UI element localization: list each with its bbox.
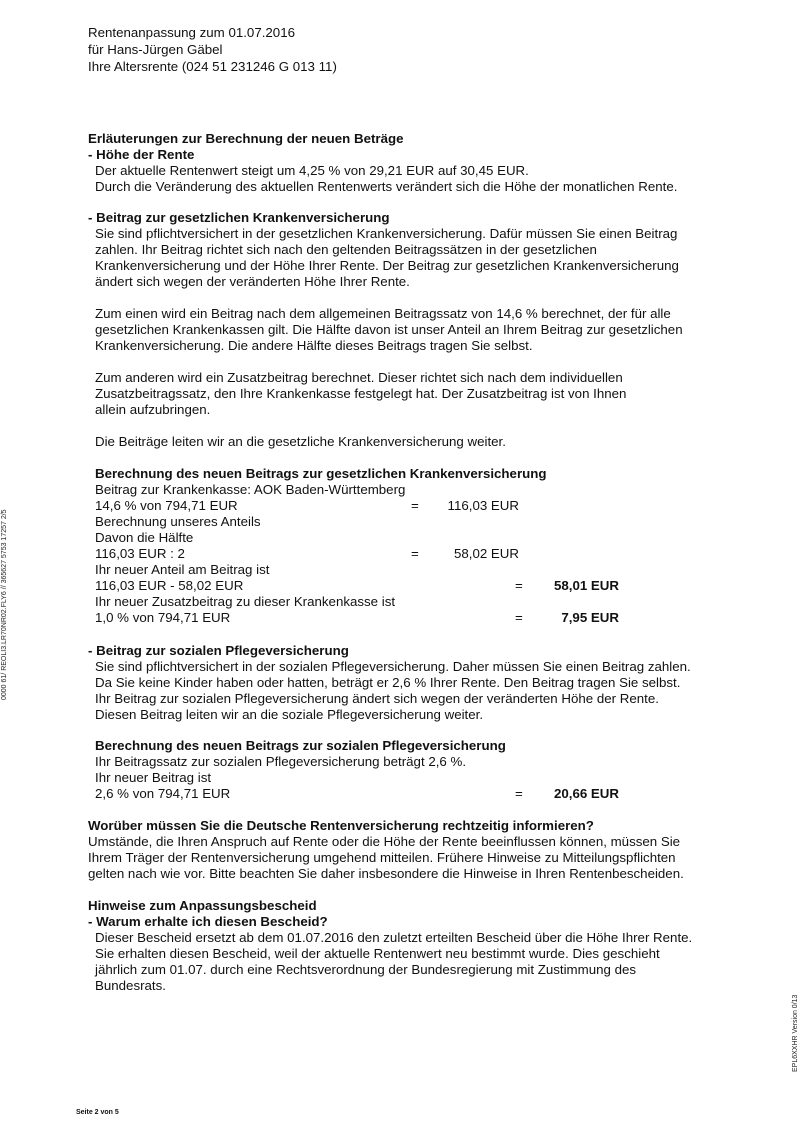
health-insurance-calculation: Berechnung des neuen Beitrags zur gesetz… — [95, 466, 635, 626]
paragraph-line: Diesen Beitrag leiten wir an die soziale… — [88, 707, 691, 723]
section-explanations: Erläuterungen zur Berechnung der neuen B… — [88, 131, 677, 195]
paragraph-line: Zum anderen wird ein Zusatzbeitrag berec… — [88, 370, 683, 386]
calc-line: Davon die Hälfte — [95, 530, 635, 546]
section-title: Hinweise zum Anpassungsbescheid — [88, 898, 692, 914]
calc-row: 14,6 % von 794,71 EUR = 116,03 EUR — [95, 498, 635, 514]
calc-line: Ihr Beitragssatz zur sozialen Pflegevers… — [95, 754, 635, 770]
right-margin-version: EPL6XXHR Version 0/13 — [792, 995, 799, 1072]
paragraph-line: Sie sind pflichtversichert in der sozial… — [88, 659, 691, 675]
page-number: Seite 2 von 5 — [76, 1109, 119, 1116]
calc-title: Berechnung des neuen Beitrags zur gesetz… — [95, 466, 635, 482]
calc-label: 14,6 % von 794,71 EUR — [95, 498, 238, 513]
calc-value: 58,02 EUR — [435, 546, 519, 562]
paragraph-line: Durch die Veränderung des aktuellen Rent… — [88, 179, 677, 195]
section-title: Erläuterungen zur Berechnung der neuen B… — [88, 131, 677, 147]
paragraph-line: Sie sind pflichtversichert in der gesetz… — [88, 226, 683, 242]
paragraph-line: zahlen. Ihr Beitrag richtet sich nach de… — [88, 242, 683, 258]
paragraph-line: allein aufzubringen. — [88, 402, 683, 418]
paragraph-line: Dieser Bescheid ersetzt ab dem 01.07.201… — [88, 930, 692, 946]
equals-sign: = — [515, 610, 523, 626]
calc-row: 2,6 % von 794,71 EUR = 20,66 EUR — [95, 786, 635, 802]
calc-row: 1,0 % von 794,71 EUR = 7,95 EUR — [95, 610, 635, 626]
paragraph-line: gesetzlichen Krankenkassen gilt. Die Häl… — [88, 322, 683, 338]
paragraph-line: Ihrem Träger der Rentenversicherung umge… — [88, 850, 684, 866]
subsection-title: - Warum erhalte ich diesen Bescheid? — [88, 914, 692, 930]
section-title: Worüber müssen Sie die Deutsche Rentenve… — [88, 818, 684, 834]
subsection-title: - Beitrag zur sozialen Pflegeversicherun… — [88, 643, 691, 659]
header-pension-id: Ihre Altersrente (024 51 231246 G 013 11… — [88, 58, 337, 75]
equals-sign: = — [515, 578, 523, 594]
paragraph-line: jährlich zum 01.07. durch eine Rechtsver… — [88, 962, 692, 978]
calc-row: 116,03 EUR - 58,02 EUR = 58,01 EUR — [95, 578, 635, 594]
calc-line: Ihr neuer Beitrag ist — [95, 770, 635, 786]
calc-result: 58,01 EUR — [525, 578, 619, 594]
paragraph-line: Zusatzbeitragssatz, den Ihre Krankenkass… — [88, 386, 683, 402]
equals-sign: = — [515, 786, 523, 802]
calc-value: 116,03 EUR — [435, 498, 519, 514]
calc-label: 1,0 % von 794,71 EUR — [95, 610, 230, 625]
calc-result: 20,66 EUR — [525, 786, 619, 802]
section-care-insurance: - Beitrag zur sozialen Pflegeversicherun… — [88, 643, 691, 723]
calc-row: 116,03 EUR : 2 = 58,02 EUR — [95, 546, 635, 562]
section-notification-duties: Worüber müssen Sie die Deutsche Rentenve… — [88, 818, 684, 882]
left-margin-code: 0000 61/ REOLI3.LR70NR02.FLY6 // 365627 … — [1, 509, 8, 700]
paragraph-line: Krankenversicherung und der Höhe Ihrer R… — [88, 258, 683, 274]
paragraph-line: Die Beiträge leiten wir an die gesetzlic… — [88, 434, 683, 450]
calc-label: 116,03 EUR - 58,02 EUR — [95, 578, 243, 593]
paragraph-line: Der aktuelle Rentenwert steigt um 4,25 %… — [88, 163, 677, 179]
calc-label: 2,6 % von 794,71 EUR — [95, 786, 230, 801]
subsection-title: - Beitrag zur gesetzlichen Krankenversic… — [88, 210, 683, 226]
calc-title: Berechnung des neuen Beitrags zur sozial… — [95, 738, 635, 754]
equals-sign: = — [411, 498, 419, 514]
paragraph-line: Bundesrats. — [88, 978, 692, 994]
calc-line: Ihr neuer Anteil am Beitrag ist — [95, 562, 635, 578]
calc-line: Ihr neuer Zusatzbeitrag zu dieser Kranke… — [95, 594, 635, 610]
header-recipient: für Hans-Jürgen Gäbel — [88, 41, 337, 58]
care-insurance-calculation: Berechnung des neuen Beitrags zur sozial… — [95, 738, 635, 802]
paragraph-line: Umstände, die Ihren Anspruch auf Rente o… — [88, 834, 684, 850]
document-header: Rentenanpassung zum 01.07.2016 für Hans-… — [88, 24, 337, 75]
paragraph-line: Zum einen wird ein Beitrag nach dem allg… — [88, 306, 683, 322]
paragraph-line: gelten nach wie vor. Bitte beachten Sie … — [88, 866, 684, 882]
paragraph-line: Krankenversicherung. Die andere Hälfte d… — [88, 338, 683, 354]
calc-line: Berechnung unseres Anteils — [95, 514, 635, 530]
paragraph-line: Da Sie keine Kinder haben oder hatten, b… — [88, 675, 691, 691]
subsection-title: - Höhe der Rente — [88, 147, 677, 163]
calc-result: 7,95 EUR — [525, 610, 619, 626]
paragraph-line: Ihr Beitrag zur sozialen Pflegeversicher… — [88, 691, 691, 707]
paragraph-line: ändert sich wegen der veränderten Höhe I… — [88, 274, 683, 290]
calc-line: Beitrag zur Krankenkasse: AOK Baden-Würt… — [95, 482, 635, 498]
section-health-insurance: - Beitrag zur gesetzlichen Krankenversic… — [88, 210, 683, 450]
equals-sign: = — [411, 546, 419, 562]
calc-label: 116,03 EUR : 2 — [95, 546, 185, 561]
section-notes: Hinweise zum Anpassungsbescheid - Warum … — [88, 898, 692, 994]
paragraph-line: Sie erhalten diesen Bescheid, weil der a… — [88, 946, 692, 962]
header-subject: Rentenanpassung zum 01.07.2016 — [88, 24, 337, 41]
